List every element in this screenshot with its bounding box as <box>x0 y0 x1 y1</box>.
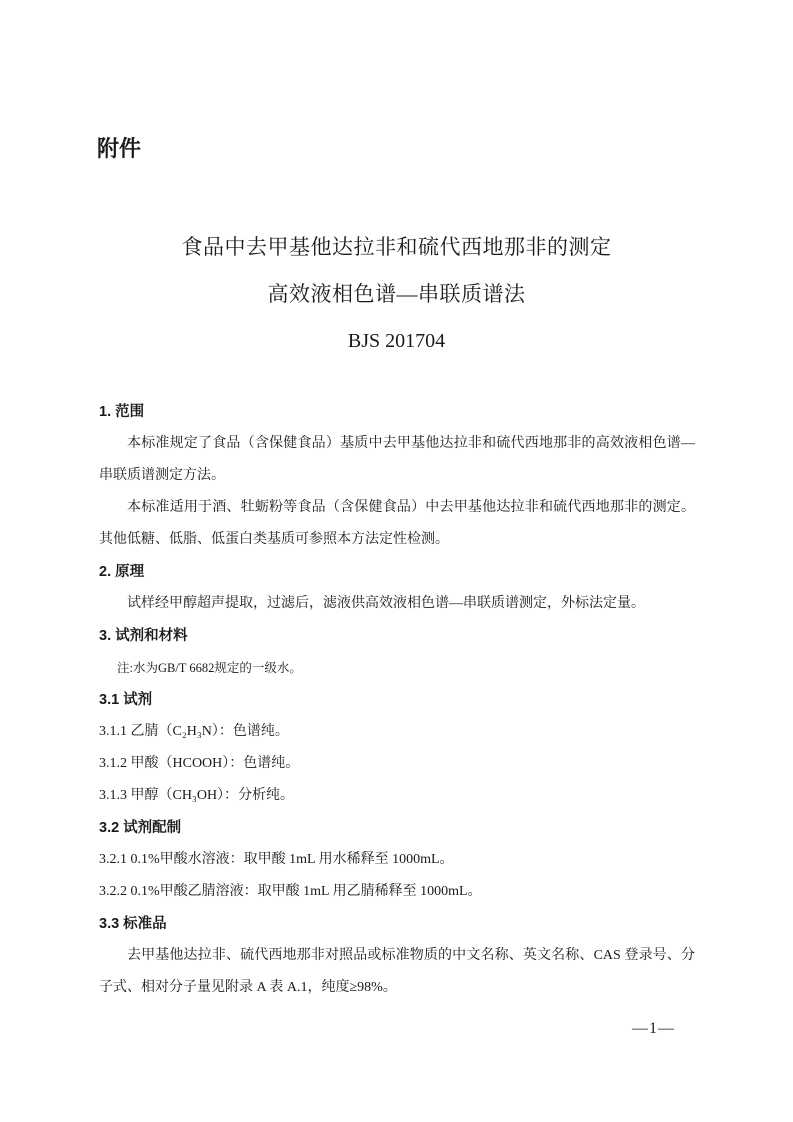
document-page: 附件 食品中去甲基他达拉非和硫代西地那非的测定 高效液相色谱—串联质谱法 BJS… <box>0 0 793 1122</box>
section-heading-reagents: 3. 试剂和材料 <box>99 620 695 652</box>
preparation-item-2: 3.2.2 0.1%甲酸乙腈溶液：取甲酸 1mL 用乙腈稀释至 1000mL。 <box>99 876 695 908</box>
preparation-item-1: 3.2.1 0.1%甲酸水溶液：取甲酸 1mL 用水稀释至 1000mL。 <box>99 844 695 876</box>
reagent-item-acetonitrile: 3.1.1 乙腈（C₂H₃N）：色谱纯。 <box>99 716 695 748</box>
section-heading-principle: 2. 原理 <box>99 556 695 588</box>
section-heading-preparation: 3.2 试剂配制 <box>99 812 695 844</box>
standard-number: BJS 201704 <box>0 318 793 365</box>
section-heading-scope: 1. 范围 <box>99 396 695 428</box>
document-body: 1. 范围 本标准规定了食品（含保健食品）基质中去甲基他达拉非和硫代西地那非的高… <box>99 396 695 1004</box>
title-block: 食品中去甲基他达拉非和硫代西地那非的测定 高效液相色谱—串联质谱法 BJS 20… <box>0 224 793 365</box>
document-title: 食品中去甲基他达拉非和硫代西地那非的测定 <box>0 224 793 271</box>
section-heading-reagent-list: 3.1 试剂 <box>99 684 695 716</box>
reagent-item-methanol: 3.1.3 甲醇（CH₃OH）：分析纯。 <box>99 780 695 812</box>
paragraph-standards: 去甲基他达拉非、硫代西地那非对照品或标准物质的中文名称、英文名称、CAS 登录号… <box>99 940 695 1004</box>
section-heading-standards: 3.3 标准品 <box>99 908 695 940</box>
note-water-grade: 注:水为GB/T 6682规定的一级水。 <box>99 652 695 684</box>
reagent-item-formic-acid: 3.1.2 甲酸（HCOOH）：色谱纯。 <box>99 748 695 780</box>
attachment-label: 附件 <box>97 136 141 162</box>
paragraph-scope-1: 本标准规定了食品（含保健食品）基质中去甲基他达拉非和硫代西地那非的高效液相色谱—… <box>99 428 695 492</box>
paragraph-principle: 试样经甲醇超声提取，过滤后，滤液供高效液相色谱—串联质谱测定，外标法定量。 <box>99 588 695 620</box>
page-number: —1— <box>632 1018 675 1040</box>
document-subtitle: 高效液相色谱—串联质谱法 <box>0 271 793 318</box>
paragraph-scope-2: 本标准适用于酒、牡蛎粉等食品（含保健食品）中去甲基他达拉非和硫代西地那非的测定。… <box>99 492 695 556</box>
